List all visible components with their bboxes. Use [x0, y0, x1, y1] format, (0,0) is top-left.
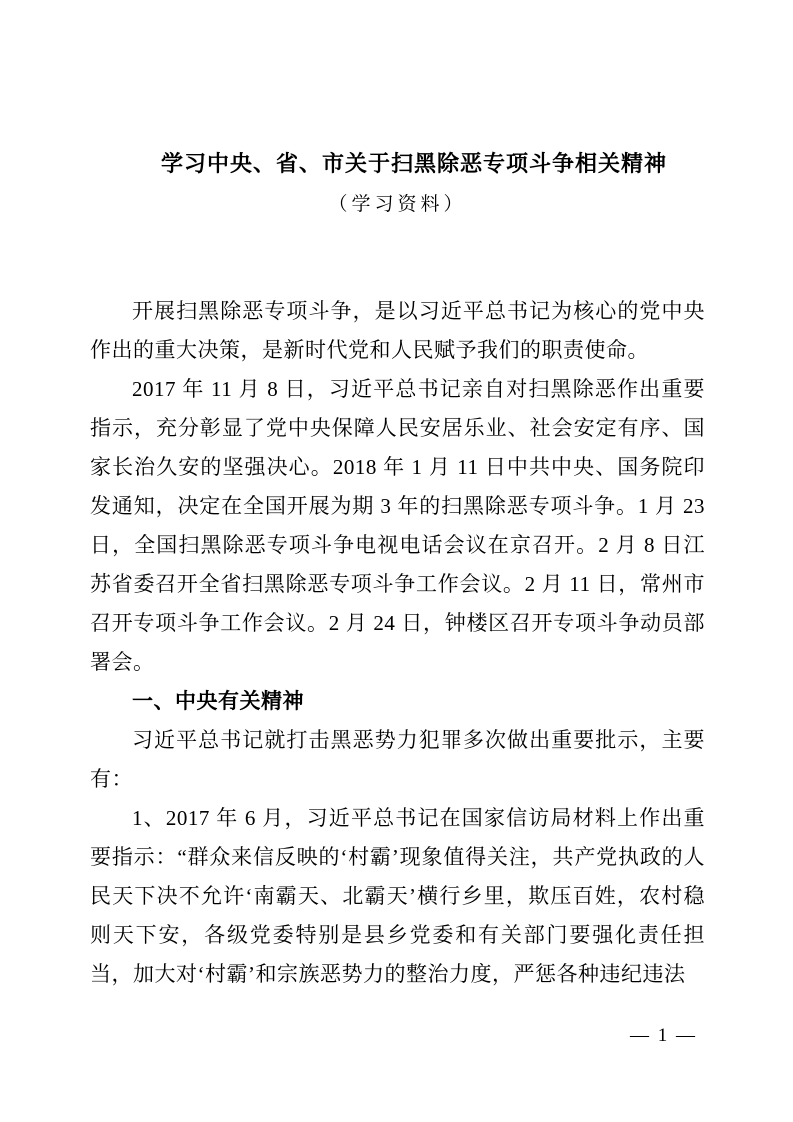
body-paragraph: 2017 年 11 月 8 日，习近平总书记亲自对扫黑除恶作出重要指示，充分彰显…	[90, 370, 705, 682]
page-number: — 1 —	[630, 1024, 697, 1048]
document-subtitle: （学习资料）	[90, 190, 705, 220]
section-heading: 一、中央有关精神	[90, 682, 705, 721]
body-paragraph: 开展扫黑除恶专项斗争，是以习近平总书记为核心的党中央作出的重大决策，是新时代党和…	[90, 292, 705, 370]
body-paragraph: 习近平总书记就打击黑恶势力犯罪多次做出重要批示，主要有：	[90, 721, 705, 799]
document-body: 开展扫黑除恶专项斗争，是以习近平总书记为核心的党中央作出的重大决策，是新时代党和…	[90, 292, 705, 994]
body-paragraph: 1、2017 年 6 月，习近平总书记在国家信访局材料上作出重要指示：“群众来信…	[90, 799, 705, 994]
document-page: 学习中央、省、市关于扫黑除恶专项斗争相关精神 （学习资料） 开展扫黑除恶专项斗争…	[0, 0, 793, 1122]
document-title: 学习中央、省、市关于扫黑除恶专项斗争相关精神	[104, 147, 724, 181]
